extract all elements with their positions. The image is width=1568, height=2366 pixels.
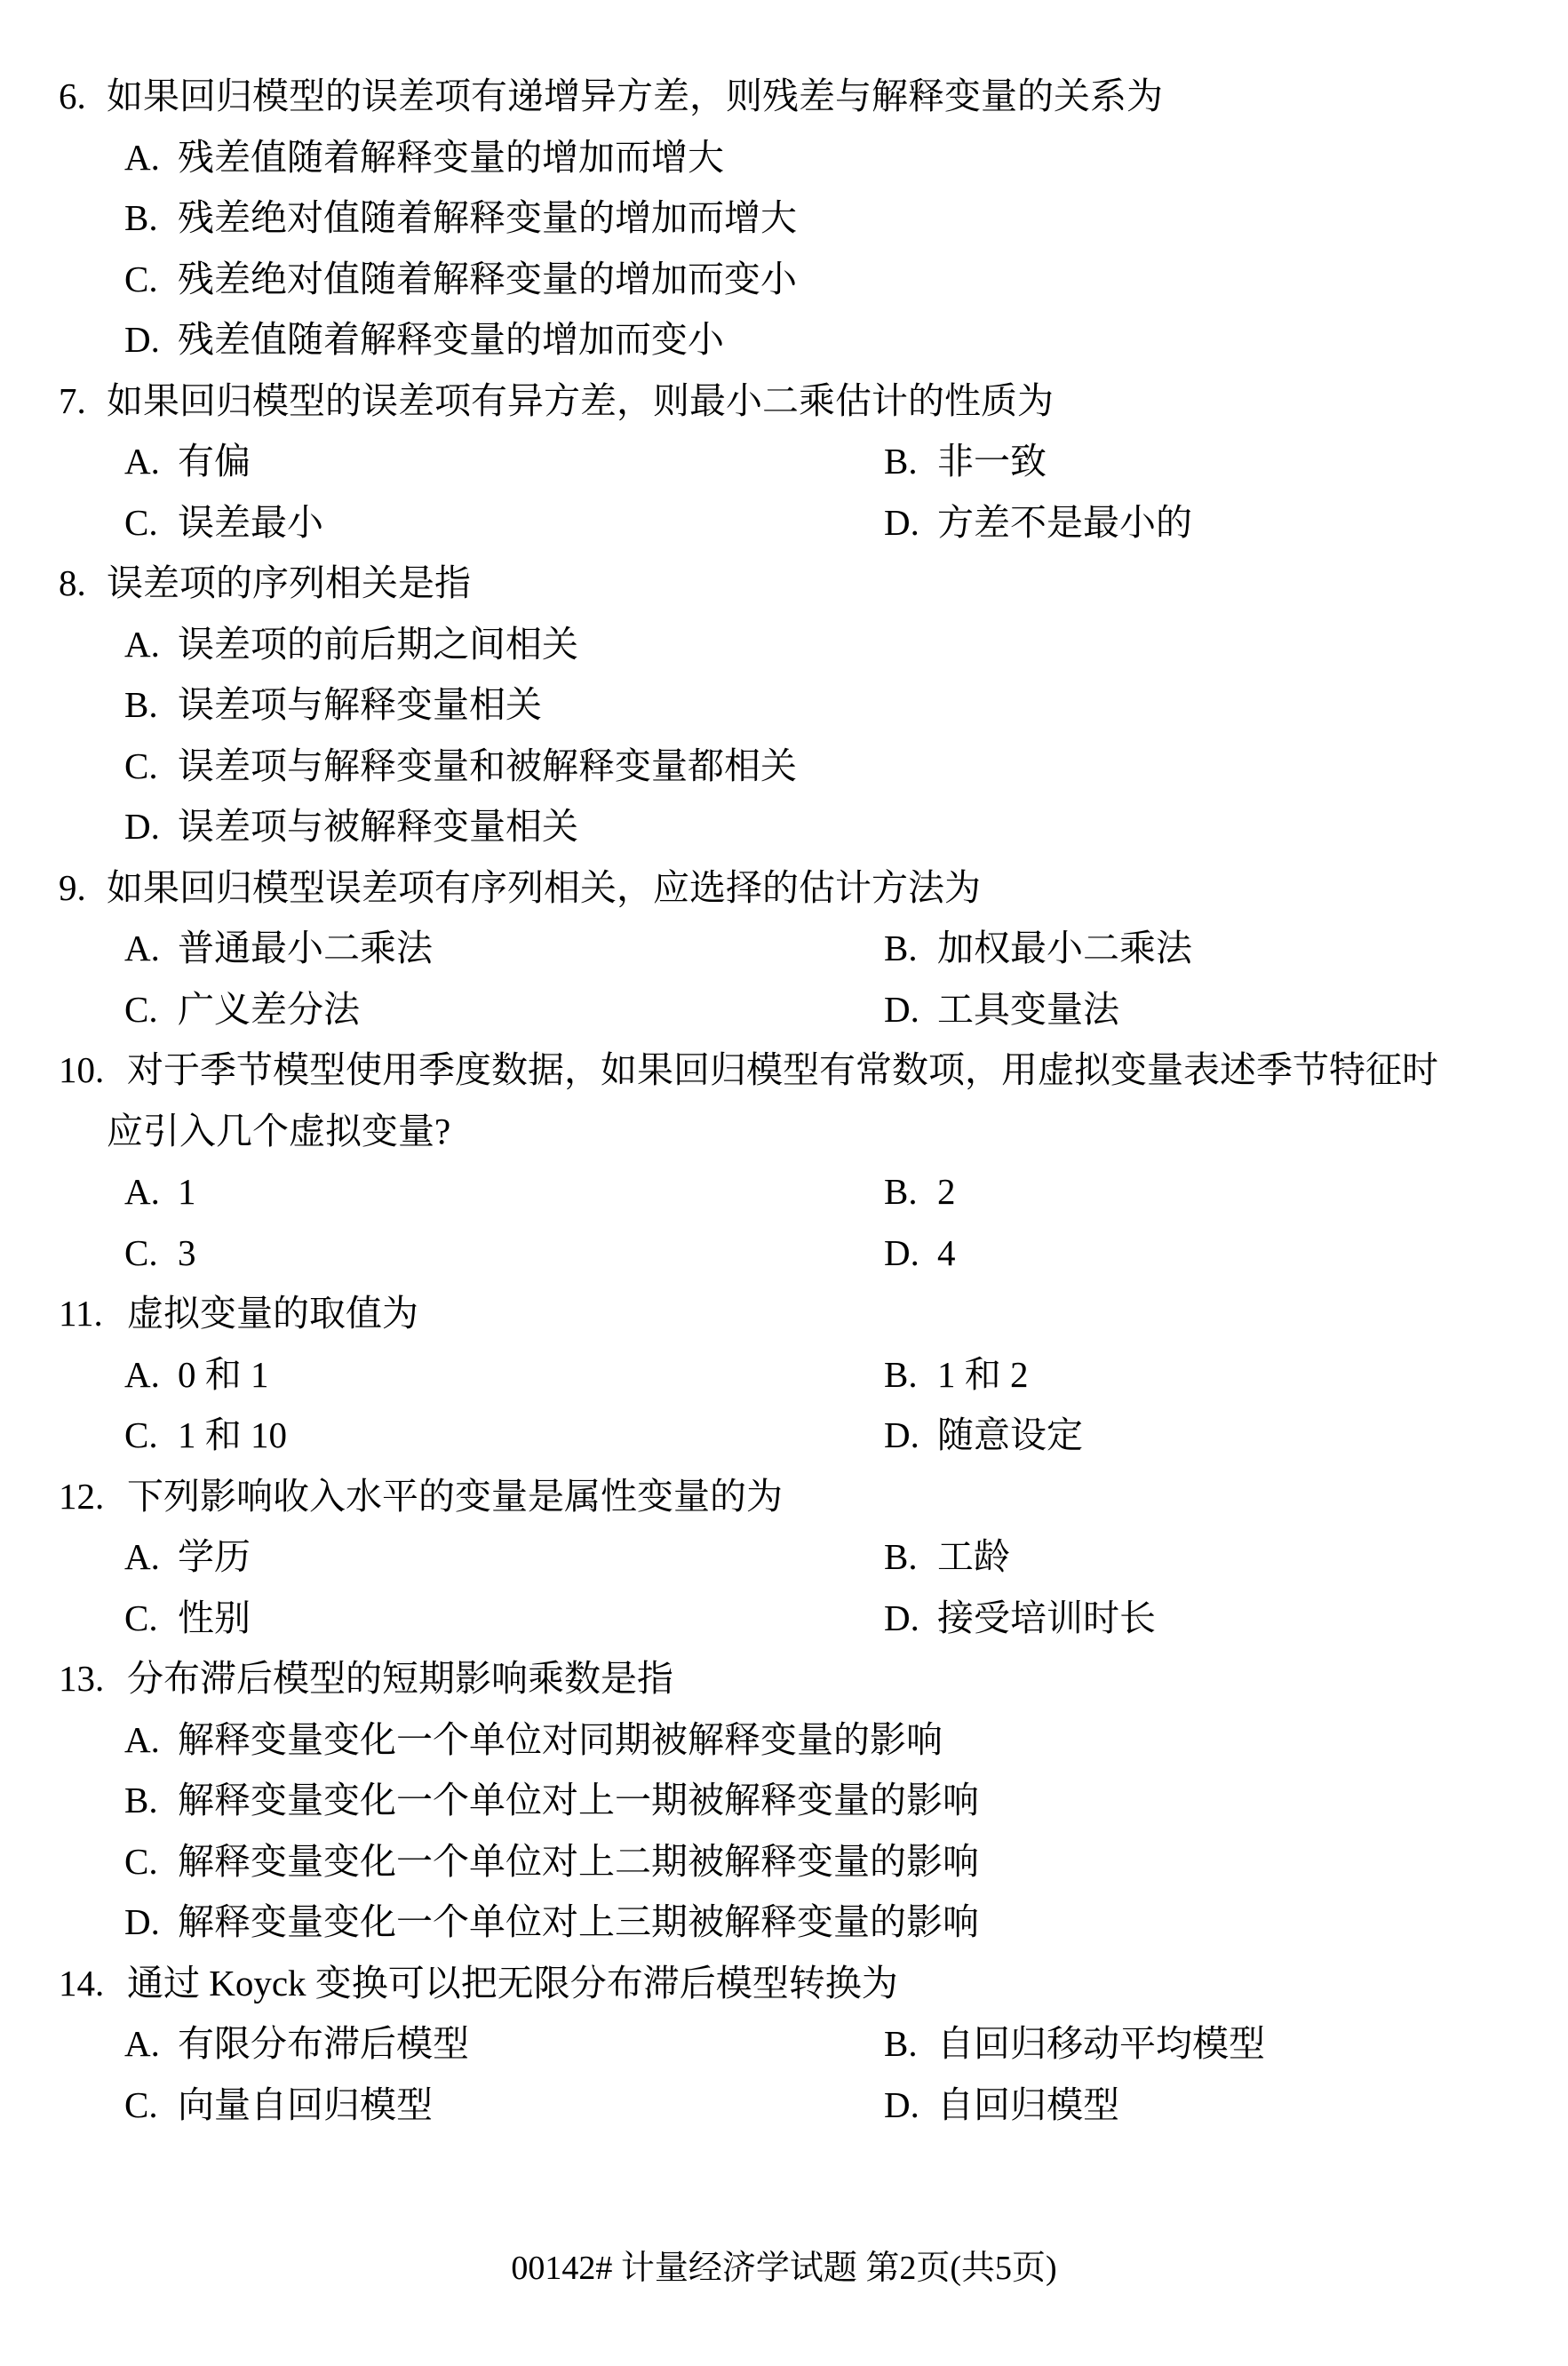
option: D.解释变量变化一个单位对上三期被解释变量的影响: [124, 1892, 979, 1953]
option-text: 普通最小二乘法: [178, 928, 433, 968]
option: A.误差项的前后期之间相关: [124, 614, 578, 675]
q9-options-ab: A.普通最小二乘法 B.加权最小二乘法: [0, 918, 1568, 979]
option-label: B.: [884, 431, 937, 492]
q14-options-ab: A.有限分布滞后模型 B.自回归移动平均模型: [0, 2013, 1568, 2075]
option-text: 向量自回归模型: [178, 2084, 433, 2125]
option-label: D.: [884, 2075, 937, 2136]
option-text: 3: [178, 1232, 196, 1273]
option-text: 误差项与解释变量相关: [178, 684, 542, 725]
option-label: D.: [124, 309, 178, 370]
option-label: A.: [124, 918, 178, 979]
option: D.残差值随着解释变量的增加而变小: [124, 309, 724, 370]
q13-option-b: B.解释变量变化一个单位对上一期被解释变量的影响: [0, 1770, 1568, 1831]
q13-option-c: C.解释变量变化一个单位对上二期被解释变量的影响: [0, 1831, 1568, 1892]
option: D.接受培训时长: [884, 1588, 1156, 1649]
question-text: 虚拟变量的取值为: [127, 1283, 418, 1344]
question-number: 14.: [59, 1953, 104, 2014]
option-label: D.: [124, 1892, 178, 1953]
option: A.0 和 1: [124, 1344, 269, 1406]
q13-option-a: A.解释变量变化一个单位对同期被解释变量的影响: [0, 1709, 1568, 1771]
option-label: C.: [124, 1223, 178, 1284]
option-label: D.: [884, 1405, 937, 1466]
option-label: C.: [124, 1405, 178, 1466]
option-label: A.: [124, 614, 178, 675]
q8-option-b: B.误差项与解释变量相关: [0, 674, 1568, 736]
option-label: C.: [124, 2075, 178, 2136]
option: C.3: [124, 1223, 196, 1284]
option-label: C.: [124, 1588, 178, 1649]
option: B.加权最小二乘法: [884, 918, 1192, 979]
option-label: D.: [884, 979, 937, 1040]
option: B.非一致: [884, 431, 1047, 492]
option-text: 残差值随着解释变量的增加而变小: [178, 319, 724, 360]
option-label: D.: [884, 1223, 937, 1284]
q7-options-cd: C.误差最小 D.方差不是最小的: [0, 492, 1568, 554]
option-label: D.: [884, 1588, 937, 1649]
option-text: 残差值随着解释变量的增加而增大: [178, 137, 724, 178]
option-text: 解释变量变化一个单位对上三期被解释变量的影响: [178, 1901, 979, 1942]
question-number: 10.: [59, 1040, 104, 1101]
question-text: 误差项的序列相关是指: [107, 553, 471, 614]
q14-options-cd: C.向量自回归模型 D.自回归模型: [0, 2075, 1568, 2136]
q8-stem-row: 8. 误差项的序列相关是指: [0, 553, 1568, 614]
q6-stem-row: 6. 如果回归模型的误差项有递增异方差，则残差与解释变量的关系为: [0, 66, 1568, 127]
option-text: 非一致: [937, 441, 1047, 482]
option: A.有偏: [124, 431, 251, 492]
question-text: 下列影响收入水平的变量是属性变量的为: [127, 1466, 783, 1527]
option: B.工龄: [884, 1526, 1010, 1588]
q7-stem-row: 7. 如果回归模型的误差项有异方差，则最小二乘估计的性质为: [0, 370, 1568, 432]
q10-stem-continuation: 应引入几个虚拟变量?: [0, 1101, 1568, 1162]
option-label: C.: [124, 1831, 178, 1892]
question-number: 7.: [59, 370, 86, 432]
q11-stem-row: 11. 虚拟变量的取值为: [0, 1283, 1568, 1344]
option-text: 方差不是最小的: [937, 502, 1192, 543]
question-text: 分布滞后模型的短期影响乘数是指: [127, 1648, 673, 1709]
option: A.残差值随着解释变量的增加而增大: [124, 127, 724, 188]
option: D.随意设定: [884, 1405, 1083, 1466]
option: A.学历: [124, 1526, 251, 1588]
question-text: 应引入几个虚拟变量?: [107, 1101, 450, 1162]
option-label: B.: [124, 674, 178, 736]
q7-options-ab: A.有偏 B.非一致: [0, 431, 1568, 492]
option-text: 2: [937, 1171, 956, 1212]
option-text: 4: [937, 1232, 956, 1273]
option-label: D.: [124, 796, 178, 857]
q8-option-a: A.误差项的前后期之间相关: [0, 614, 1568, 675]
option-text: 学历: [178, 1536, 251, 1577]
option: D.误差项与被解释变量相关: [124, 796, 578, 857]
option-text: 接受培训时长: [937, 1597, 1156, 1638]
option-text: 加权最小二乘法: [937, 928, 1192, 968]
option-text: 自回归模型: [937, 2084, 1119, 2125]
option-text: 1 和 10: [178, 1414, 287, 1455]
q13-option-d: D.解释变量变化一个单位对上三期被解释变量的影响: [0, 1892, 1568, 1953]
q12-options-cd: C.性别 D.接受培训时长: [0, 1588, 1568, 1649]
option: B.残差绝对值随着解释变量的增加而增大: [124, 187, 797, 249]
option-label: B.: [884, 1161, 937, 1223]
option-text: 1 和 2: [937, 1354, 1029, 1395]
q8-option-c: C.误差项与解释变量和被解释变量都相关: [0, 736, 1568, 797]
option: D.自回归模型: [884, 2075, 1119, 2136]
option-label: C.: [124, 492, 178, 554]
option: D.方差不是最小的: [884, 492, 1192, 554]
question-text: 如果回归模型的误差项有异方差，则最小二乘估计的性质为: [107, 370, 1054, 432]
option: B.误差项与解释变量相关: [124, 674, 542, 736]
question-number: 12.: [59, 1466, 104, 1527]
q11-options-cd: C.1 和 10 D.随意设定: [0, 1405, 1568, 1466]
option-label: B.: [884, 918, 937, 979]
option-text: 有偏: [178, 441, 251, 482]
option-label: C.: [124, 979, 178, 1040]
option-text: 1: [178, 1171, 196, 1212]
option: B.自回归移动平均模型: [884, 2013, 1265, 2075]
q12-stem-row: 12. 下列影响收入水平的变量是属性变量的为: [0, 1466, 1568, 1527]
option: C.误差项与解释变量和被解释变量都相关: [124, 736, 797, 797]
option-label: A.: [124, 1526, 178, 1588]
question-number: 13.: [59, 1648, 104, 1709]
option-text: 残差绝对值随着解释变量的增加而变小: [178, 259, 797, 299]
option-text: 自回归移动平均模型: [937, 2023, 1265, 2064]
option: C.性别: [124, 1588, 251, 1649]
option-text: 误差最小: [178, 502, 323, 543]
q12-options-ab: A.学历 B.工龄: [0, 1526, 1568, 1588]
q10-options-ab: A.1 B.2: [0, 1161, 1568, 1223]
option-text: 工具变量法: [937, 989, 1119, 1030]
q14-stem-row: 14. 通过 Koyck 变换可以把无限分布滞后模型转换为: [0, 1953, 1568, 2014]
option: A.1: [124, 1161, 196, 1223]
q9-stem-row: 9. 如果回归模型误差项有序列相关，应选择的估计方法为: [0, 857, 1568, 919]
option: A.解释变量变化一个单位对同期被解释变量的影响: [124, 1709, 943, 1771]
option-label: C.: [124, 249, 178, 310]
question-text: 如果回归模型的误差项有递增异方差，则残差与解释变量的关系为: [107, 66, 1163, 127]
option: A.有限分布滞后模型: [124, 2013, 469, 2075]
option-text: 工龄: [937, 1536, 1010, 1577]
q8-option-d: D.误差项与被解释变量相关: [0, 796, 1568, 857]
q10-stem-row: 10. 对于季节模型使用季度数据，如果回归模型有常数项，用虚拟变量表述季节特征时: [0, 1040, 1568, 1101]
option-label: D.: [884, 492, 937, 554]
question-number: 6.: [59, 66, 86, 127]
option: B.解释变量变化一个单位对上一期被解释变量的影响: [124, 1770, 979, 1831]
question-number: 9.: [59, 857, 86, 919]
option-text: 解释变量变化一个单位对同期被解释变量的影响: [178, 1719, 943, 1760]
option-label: A.: [124, 1161, 178, 1223]
option-label: A.: [124, 1709, 178, 1771]
q6-option-c: C.残差绝对值随着解释变量的增加而变小: [0, 249, 1568, 310]
option: C.残差绝对值随着解释变量的增加而变小: [124, 249, 797, 310]
q9-options-cd: C.广义差分法 D.工具变量法: [0, 979, 1568, 1040]
option-label: B.: [124, 187, 178, 249]
q11-options-ab: A.0 和 1 B.1 和 2: [0, 1344, 1568, 1406]
q13-stem-row: 13. 分布滞后模型的短期影响乘数是指: [0, 1648, 1568, 1709]
question-number: 8.: [59, 553, 86, 614]
option-text: 0 和 1: [178, 1354, 269, 1395]
option: C.解释变量变化一个单位对上二期被解释变量的影响: [124, 1831, 979, 1892]
q10-options-cd: C.3 D.4: [0, 1223, 1568, 1284]
option: C.1 和 10: [124, 1405, 287, 1466]
option: A.普通最小二乘法: [124, 918, 433, 979]
option: D.4: [884, 1223, 956, 1284]
option-label: C.: [124, 736, 178, 797]
option: C.广义差分法: [124, 979, 360, 1040]
q6-option-a: A.残差值随着解释变量的增加而增大: [0, 127, 1568, 188]
page-footer: 00142# 计量经济学试题 第2页(共5页): [0, 2238, 1568, 2298]
q6-option-d: D.残差值随着解释变量的增加而变小: [0, 309, 1568, 370]
option-text: 误差项与解释变量和被解释变量都相关: [178, 745, 797, 786]
question-text: 如果回归模型误差项有序列相关，应选择的估计方法为: [107, 857, 981, 919]
option-label: B.: [884, 1526, 937, 1588]
exam-page: 6. 如果回归模型的误差项有递增异方差，则残差与解释变量的关系为 A.残差值随着…: [0, 0, 1568, 2366]
question-number: 11.: [59, 1283, 103, 1344]
question-text: 通过 Koyck 变换可以把无限分布滞后模型转换为: [127, 1953, 898, 2014]
question-text: 对于季节模型使用季度数据，如果回归模型有常数项，用虚拟变量表述季节特征时: [127, 1040, 1438, 1101]
q6-option-b: B.残差绝对值随着解释变量的增加而增大: [0, 187, 1568, 249]
option: C.误差最小: [124, 492, 323, 554]
option-text: 误差项的前后期之间相关: [178, 624, 578, 665]
option: B.1 和 2: [884, 1344, 1029, 1406]
question-list: 6. 如果回归模型的误差项有递增异方差，则残差与解释变量的关系为 A.残差值随着…: [0, 0, 1568, 2135]
option: B.2: [884, 1161, 956, 1223]
option-text: 残差绝对值随着解释变量的增加而增大: [178, 197, 797, 238]
option-label: A.: [124, 1344, 178, 1406]
option-text: 有限分布滞后模型: [178, 2023, 469, 2064]
option: D.工具变量法: [884, 979, 1119, 1040]
option-label: B.: [884, 2013, 937, 2075]
option-text: 广义差分法: [178, 989, 360, 1030]
option-label: A.: [124, 2013, 178, 2075]
option-text: 随意设定: [937, 1414, 1083, 1455]
option-label: A.: [124, 127, 178, 188]
option-label: B.: [884, 1344, 937, 1406]
option-text: 解释变量变化一个单位对上二期被解释变量的影响: [178, 1841, 979, 1882]
option-label: A.: [124, 431, 178, 492]
option-label: B.: [124, 1770, 178, 1831]
option-text: 解释变量变化一个单位对上一期被解释变量的影响: [178, 1780, 979, 1820]
option: C.向量自回归模型: [124, 2075, 433, 2136]
option-text: 误差项与被解释变量相关: [178, 806, 578, 847]
option-text: 性别: [178, 1597, 251, 1638]
